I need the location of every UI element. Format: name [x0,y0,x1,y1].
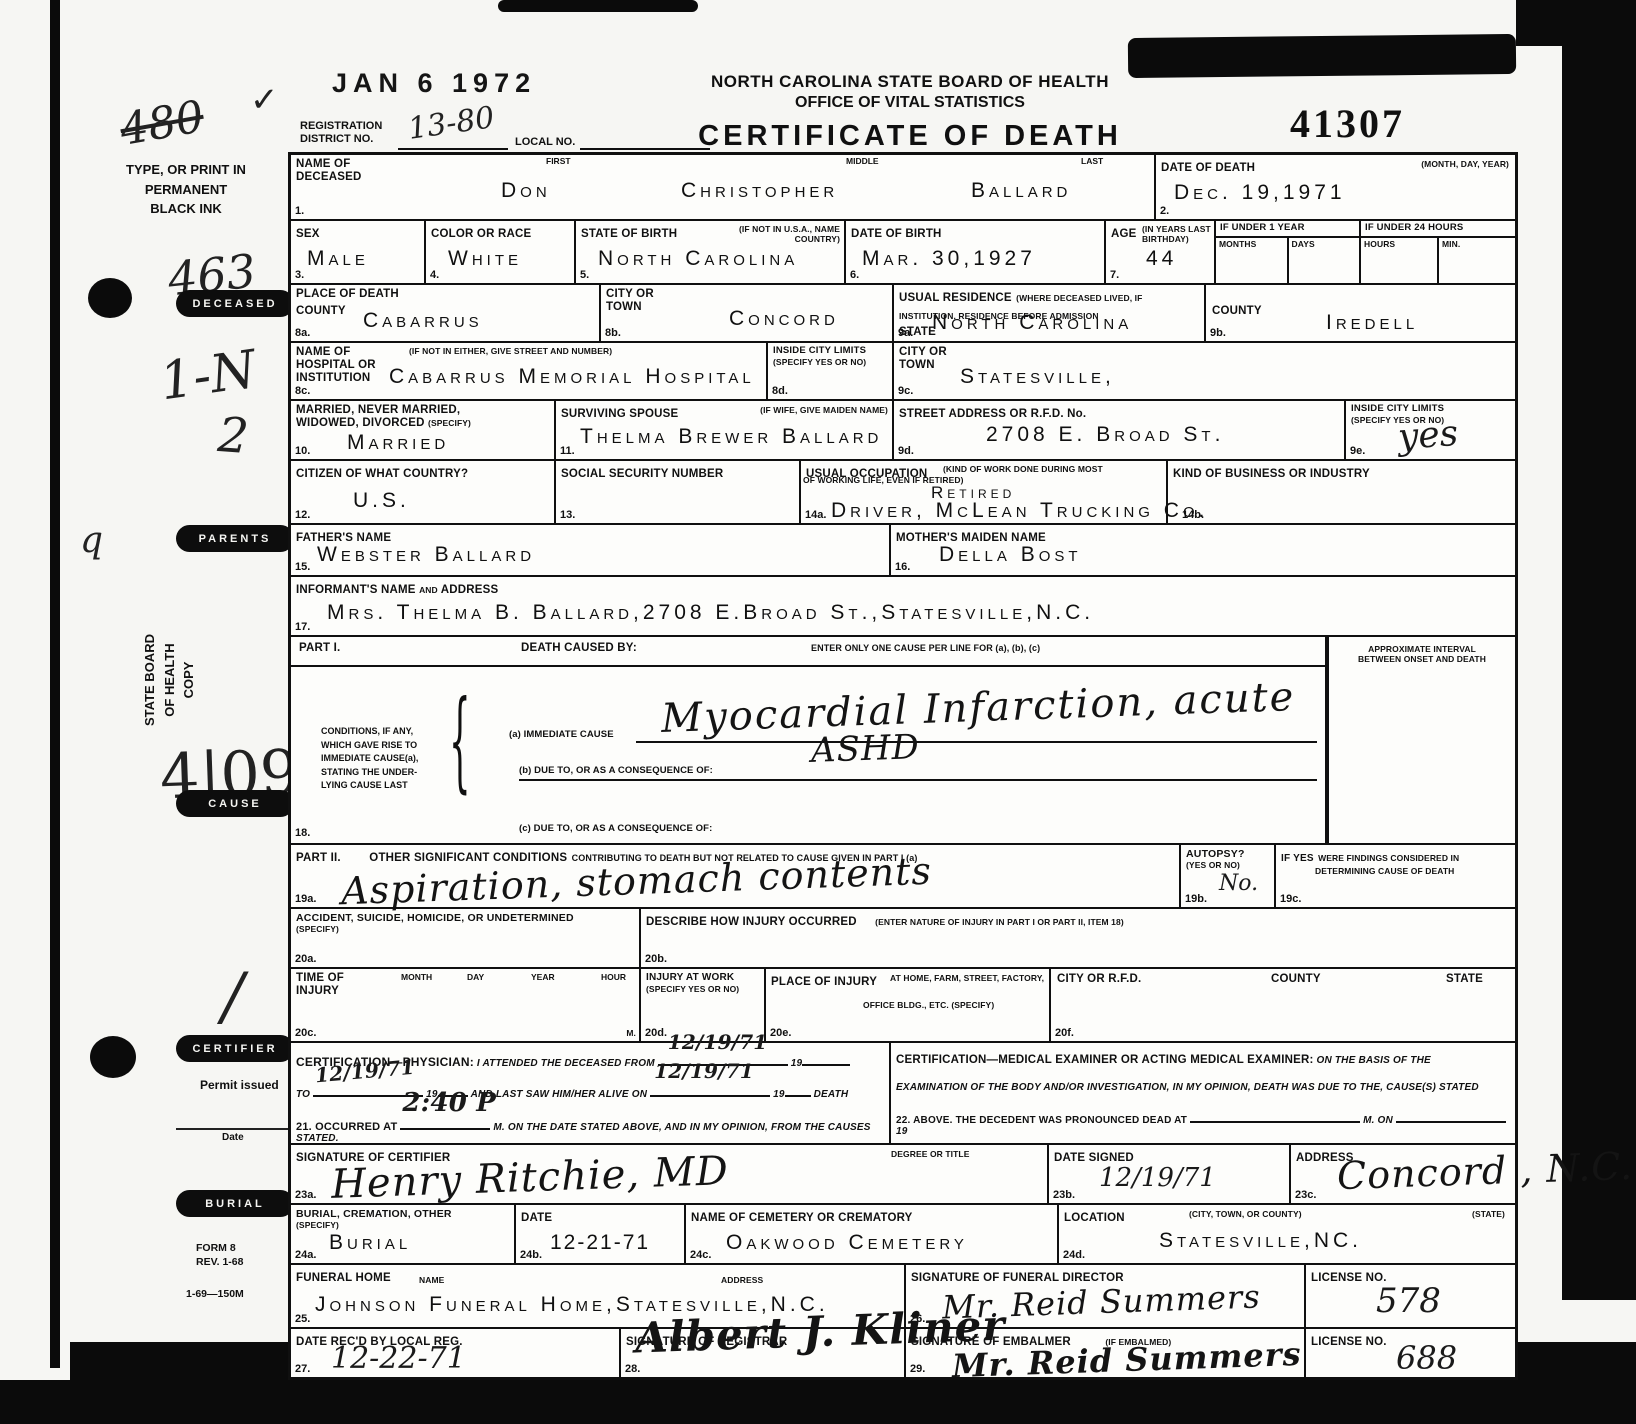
immediate-cause-label: (a) IMMEDIATE CAUSE [509,729,614,740]
age-value: 44 [1146,247,1177,271]
copy-line2: OF HEALTH [160,610,180,750]
cert-time-blank: 2:40 P [400,1116,490,1130]
copy-designation: STATE BOARD OF HEALTH COPY [140,610,280,750]
certifier-signature-number: 23a. [295,1189,316,1201]
inside-limits-9e-value: yes [1397,413,1460,458]
field-under-1yr: IF UNDER 1 YEAR MONTHS DAYS [1216,221,1361,283]
name-number: 1. [295,205,304,217]
injury-county-label: COUNTY [1271,973,1321,986]
cert-physician-line1: I ATTENDED THE DECEASED FROM [477,1058,655,1069]
margin-date-label: Date [222,1132,244,1143]
birth-state-label: STATE OF BIRTH [581,228,677,240]
under-1yr-label: IF UNDER 1 YEAR [1216,221,1359,238]
inside-limits-8d-sub: (SPECIFY YES OR NO) [773,357,887,367]
field-city-9c: CITY OR TOWN 9c. Statesville, [894,343,1515,399]
under-24h-hours: HOURS [1361,238,1439,283]
sex-number: 3. [295,269,304,281]
how-injury-number: 20b. [645,953,667,965]
cert-me-note: ON THE BASIS OF THE [1317,1055,1431,1066]
burial-location-number: 24d. [1063,1249,1085,1261]
field-ssn-13: SOCIAL SECURITY NUMBER 13. [556,461,801,523]
burial-number: 24a. [295,1249,316,1261]
under-24h-hours-label: HOURS [1361,238,1437,250]
city-9c-value: Statesville, [960,365,1115,389]
form-ref: FORM 8 REV. 1-68 [196,1242,243,1269]
cert-19-1: 19 [791,1058,803,1069]
field-race: COLOR OR RACE 4. White [426,221,576,283]
left-edge-line [50,0,60,1368]
margin-instruction: TYPE, OR PRINT IN PERMANENT BLACK INK [96,160,276,219]
informant-label2: ADDRESS [441,584,499,596]
hospital-value: Cabarrus Memorial Hospital [389,365,755,389]
field-place-of-injury-20e: PLACE OF INJURY AT HOME, FARM, STREET, F… [766,969,1051,1041]
conditions-note: CONDITIONS, IF ANY, WHICH GAVE RISE TO I… [321,725,451,793]
hospital-number: 8c. [295,385,310,397]
margin-hw-480: 480 [116,91,208,156]
field-sex: SEX 3. Male [291,221,426,283]
cemetery-value: Oakwood Cemetery [726,1231,968,1255]
burial-location-sub: (CITY, TOWN, OR COUNTY) [1189,1209,1302,1219]
cert-me-line2: EXAMINATION OF THE BODY AND/OR INVESTIGA… [896,1082,1510,1093]
cert-me-mon: M. ON [1363,1115,1393,1126]
findings-label: IF YES [1281,853,1314,864]
name-col-first: FIRST [546,156,571,166]
margin-hw-1: / [222,960,244,1034]
inside-limits-9e-label: INSIDE CITY LIMITS [1351,404,1510,415]
margin-date-line [176,1128,294,1130]
field-cemetery-24c: NAME OF CEMETERY OR CREMATORY 24c. Oakwo… [686,1205,1059,1263]
due-c-label: (c) DUE TO, OR AS A CONSEQUENCE OF: [519,823,712,834]
usual-residence-label: USUAL RESIDENCE [899,292,1012,304]
cert-to-label: TO [296,1089,310,1100]
time-injury-label2: INJURY [296,985,634,998]
autopsy-value: No. [1219,871,1258,896]
how-injury-sub: (ENTER NATURE OF INJURY IN PART I OR PAR… [875,917,1124,927]
accident-label: ACCIDENT, SUICIDE, HOMICIDE, OR UNDETERM… [296,912,634,924]
field-findings-19c: IF YES WERE FINDINGS CONSIDERED IN DETER… [1276,845,1515,907]
registration-label-line2: DISTRICT NO. [300,133,382,146]
license-29-value: 688 [1396,1339,1457,1377]
form-ref-line1: FORM 8 [196,1242,243,1256]
findings-number: 19c. [1280,893,1301,905]
tab-burial: BURIAL [176,1190,294,1217]
time-injury-m-suffix: M. [626,1028,636,1038]
conditions-brace: { [449,679,471,807]
funeral-home-label: FUNERAL HOME [296,1272,391,1284]
ssn-label: SOCIAL SECURITY NUMBER [561,468,723,480]
interval-label1: APPROXIMATE INTERVAL [1334,644,1510,654]
place-injury-sub2: OFFICE BLDG., ETC. (SPECIFY) [863,1000,1044,1010]
tab-cause: CAUSE [176,790,294,817]
part1-interval-column: APPROXIMATE INTERVAL BETWEEN ONSET AND D… [1327,637,1515,843]
field-age: AGE (IN YEARS LAST BIRTHDAY) 7. 44 [1106,221,1216,283]
date-signed-number: 23b. [1053,1189,1075,1201]
death-certificate-scan: JAN 6 1972 ✓ REGISTRATION DISTRICT NO. 1… [0,0,1636,1424]
conditions-line5: LYING CAUSE LAST [321,779,451,793]
field-street-9d: STREET ADDRESS OR R.F.D. No. 9d. 2708 E.… [894,401,1346,459]
conditions-line3: IMMEDIATE CAUSE(a), [321,752,451,766]
field-industry-14b: KIND OF BUSINESS OR INDUSTRY 14b. [1166,461,1515,523]
informant-sub: AND [419,585,438,595]
autopsy-sub: (YES OR NO) [1186,860,1269,870]
time-injury-label1: TIME OF [296,972,634,985]
spouse-sub: (IF WIFE, GIVE MAIDEN NAME) [760,405,888,415]
cert-time-value: 2:40 P [402,1088,496,1118]
date-of-birth-label: DATE OF BIRTH [851,228,942,240]
state-9a-value: North Carolina [932,311,1132,335]
under-24h-min-label: MIN. [1439,238,1515,250]
burial-label: BURIAL, CREMATION, OTHER [296,1208,509,1220]
field-registrar-signature-28: SIGNATURE OF REGISTRAR 28. Albert J. Kli… [621,1329,906,1377]
field-mother-16: MOTHER'S MAIDEN NAME 16. Della Bost [891,525,1515,575]
under-1yr-days-label: DAYS [1289,238,1360,250]
under-24h-min: MIN. [1439,238,1515,283]
burial-sub: (SPECIFY) [296,1220,509,1230]
injury-at-work-sub: (SPECIFY YES OR NO) [646,984,759,994]
copy-line3: COPY [179,610,199,750]
occupation-sub: (KIND OF WORK DONE DURING MOST [943,464,1103,474]
inside-limits-8d-label: INSIDE CITY LIMITS [773,346,887,357]
part2-other-conditions: PART II. OTHER SIGNIFICANT CONDITIONS CO… [291,845,1181,907]
cert-lastsaw-label: AND LAST SAW HIM/HER ALIVE ON [471,1089,648,1100]
under-24h-label: IF UNDER 24 HOURS [1361,221,1515,238]
cert-19-blank1 [802,1052,850,1066]
age-number: 7. [1110,269,1119,281]
field-state-9a: USUAL RESIDENCE (WHERE DECEASED LIVED, I… [894,285,1206,341]
injury-at-work-number: 20d. [645,1027,667,1039]
informant-number: 17. [295,621,310,633]
birth-state-number: 5. [580,269,589,281]
part2-label: PART II. [296,852,341,864]
field-certifier-address-23c: ADDRESS 23c. Concord , N.C. [1291,1145,1515,1203]
margin-hw-q: q [80,520,103,561]
conditions-line1: CONDITIONS, IF ANY, [321,725,451,739]
cert-me-19: 19 [896,1126,908,1137]
spouse-value: Thelma Brewer Ballard [580,425,882,449]
funeral-home-sub-address: ADDRESS [721,1275,763,1285]
county-9b-label: COUNTY [1212,305,1262,318]
funeral-home-sub-name: NAME [419,1275,444,1285]
field-date-recd-27: DATE REC'D BY LOCAL REG. 27. 12-22-71 [291,1329,621,1377]
field-how-injury-20b: DESCRIBE HOW INJURY OCCURRED (ENTER NATU… [641,909,1515,967]
burial-location-value: Statesville,NC. [1159,1229,1362,1253]
race-label: COLOR OR RACE [431,228,531,240]
top-right-blob [1128,34,1516,78]
injury-at-work-label: INJURY AT WORK [646,972,759,984]
registration-district-label: REGISTRATION DISTRICT NO. [300,120,382,146]
burial-location-sub2: (STATE) [1472,1209,1505,1219]
cert-from-value: 12/19/71 [668,1030,768,1054]
part1-label: PART I. [299,642,340,655]
conditions-line2: WHICH GAVE RISE TO [321,739,451,753]
city-8b-value: Concord [729,307,839,331]
copy-line1: STATE BOARD [140,610,160,750]
injury-state-label: STATE [1446,973,1483,986]
header-office: OFFICE OF VITAL STATISTICS [700,94,1120,112]
certifier-address-number: 23c. [1295,1189,1316,1201]
field-under-24h: IF UNDER 24 HOURS HOURS MIN. [1361,221,1515,283]
funeral-director-label: SIGNATURE OF FUNERAL DIRECTOR [911,1272,1124,1284]
instruction-line1: TYPE, OR PRINT IN [96,160,276,180]
field-inside-limits-8d: INSIDE CITY LIMITS (SPECIFY YES OR NO) 8… [766,343,894,399]
field-citizen-12: CITIZEN OF WHAT COUNTRY? 12. U.S. [291,461,556,523]
state-9a-number: 9a. [898,327,913,339]
father-number: 15. [295,561,310,573]
name-middle-value: Christopher [681,179,838,203]
city-9c-number: 9c. [898,385,913,397]
certificate-number: 41307 [1290,100,1405,147]
immediate-cause-value: Myocardial Infarction, acute [660,674,1296,742]
registrar-signature-number: 28. [625,1363,640,1375]
place-injury-sub: AT HOME, FARM, STREET, FACTORY, [890,973,1044,983]
name-label: NAME OF [296,158,1149,171]
date-of-birth-number: 6. [850,269,859,281]
mother-number: 16. [895,561,910,573]
age-label: AGE [1111,228,1137,240]
date-of-death-value: Dec. 19,1971 [1174,181,1346,205]
field-date-signed-23b: DATE SIGNED 23b. 12/19/71 [1049,1145,1291,1203]
certificate-title: CERTIFICATE OF DEATH [680,120,1140,153]
place-injury-number: 20e. [770,1027,791,1039]
field-hospital-8c: NAME OF (IF NOT IN EITHER, GIVE STREET A… [291,343,766,399]
sex-value: Male [307,247,369,271]
spouse-label: SURVIVING SPOUSE [561,408,678,420]
immediate-cause-line [636,741,1317,743]
instruction-line3: BLACK INK [96,199,276,219]
registration-label-line1: REGISTRATION [300,120,382,133]
field-injury-city-20f: CITY OR R.F.D. COUNTY STATE 20f. [1051,969,1515,1041]
date-signed-value: 12/19/71 [1099,1163,1216,1193]
permit-issued-label: Permit issued [200,1078,279,1092]
margin-hw-2: 2 [216,407,250,465]
race-value: White [448,247,522,271]
field-accident-20a: ACCIDENT, SUICIDE, HOMICIDE, OR UNDETERM… [291,909,641,967]
hole-punch-bottom [90,1036,136,1078]
top-center-smudge [498,0,698,12]
citizen-number: 12. [295,509,310,521]
sex-label: SEX [296,228,320,240]
field-burial-date-24b: DATE 24b. 12-21-71 [516,1205,686,1263]
field-name-of-deceased: NAME OF DECEASED 1. FIRST MIDDLE LAST Do… [291,155,1156,219]
field-time-of-injury-20c: TIME OF INJURY MONTH DAY YEAR HOUR 20c. … [291,969,641,1041]
county-9b-value: Iredell [1326,311,1418,335]
marital-number: 10. [295,445,310,457]
due-b-line [519,779,1317,781]
field-autopsy-19b: AUTOPSY? (YES OR NO) 19b. No. [1181,845,1276,907]
industry-label: KIND OF BUSINESS OR INDUSTRY [1173,468,1370,480]
cert-me-time-blank [1190,1109,1360,1123]
injury-city-label: CITY OR R.F.D. [1057,973,1141,986]
name-last-value: Ballard [971,179,1071,203]
conditions-line4: STATING THE UNDER- [321,766,451,780]
part2-number: 19a. [295,893,316,905]
name-col-last: LAST [1081,156,1103,166]
under-1yr-months-label: MONTHS [1216,238,1287,250]
date-recd-value: 12-22-71 [331,1341,466,1376]
cert-lastsaw-value: 12/19/71 [654,1059,754,1083]
stamp-received-date: JAN 6 1972 [332,68,536,99]
spouse-number: 11. [560,445,575,457]
field-inside-limits-9e: INSIDE CITY LIMITS (SPECIFY YES OR NO) 9… [1346,401,1515,459]
due-b-label: (b) DUE TO, OR AS A CONSEQUENCE OF: [519,765,713,776]
due-b-value: ASHD [810,727,920,771]
part1-note: ENTER ONLY ONE CAUSE PER LINE FOR (a), (… [811,643,1040,653]
date-of-death-sub: (MONTH, DAY, YEAR) [1421,159,1509,169]
time-col-day: DAY [467,972,484,982]
hospital-sub: (IF NOT IN EITHER, GIVE STREET AND NUMBE… [409,346,612,356]
ssn-number: 13. [560,509,575,521]
top-right-corner-smudge [1516,0,1636,46]
father-value: Webster Ballard [317,543,535,567]
county-8a-label: COUNTY [296,305,346,317]
mother-value: Della Bost [939,543,1082,567]
autopsy-number: 19b. [1185,893,1207,905]
form-ref-print-run: 1-69—150M [186,1288,244,1300]
cert-lastsaw-blank: 12/19/71 [650,1083,770,1097]
findings-sub2: DETERMINING CAUSE OF DEATH [1315,866,1510,876]
how-injury-label: DESCRIBE HOW INJURY OCCURRED [646,916,857,928]
city-8b-number: 8b. [605,327,621,339]
name-col-middle: MIDDLE [846,156,879,166]
cemetery-number: 24c. [690,1249,711,1261]
tab-parents: PARENTS [176,525,294,552]
field-county-8a: PLACE OF DEATH COUNTY 8a. Cabarrus [291,285,601,341]
cemetery-label: NAME OF CEMETERY OR CREMATORY [691,1212,913,1224]
cert-me-date-blank [1396,1109,1506,1123]
field-license-26: LICENSE NO. 578 [1306,1265,1515,1327]
tab-certifier: CERTIFIER [176,1035,294,1062]
inside-limits-8d-number: 8d. [772,385,788,397]
field-date-of-death: DATE OF DEATH (MONTH, DAY, YEAR) 2. Dec.… [1156,155,1515,219]
part1-title: DEATH CAUSED BY: [521,642,637,655]
race-number: 4. [430,269,439,281]
field-city-8b: CITY OR TOWN 8b. Concord [601,285,894,341]
city-8b-label: CITY OR [606,288,887,301]
field-marital-10: MARRIED, NEVER MARRIED, WIDOWED, DIVORCE… [291,401,556,459]
street-value: 2708 E. Broad St. [986,423,1224,447]
certificate-form: NAME OF DECEASED 1. FIRST MIDDLE LAST Do… [288,152,1518,1380]
margin-hw-1n: 1-N [156,340,260,413]
autopsy-label: AUTOPSY? [1186,848,1269,860]
field-informant-17: INFORMANT'S NAME AND ADDRESS 17. Mrs. Th… [291,577,1515,635]
degree-or-title-label: DEGREE OR TITLE [891,1149,969,1159]
date-recd-number: 27. [295,1363,310,1375]
field-date-of-birth: DATE OF BIRTH 6. Mar. 30,1927 [846,221,1106,283]
marital-label2: WIDOWED, DIVORCED [296,417,425,429]
time-col-hour: HOUR [601,972,626,982]
part1-cause-of-death: PART I. DEATH CAUSED BY: ENTER ONLY ONE … [291,637,1327,843]
field-occupation-14a: USUAL OCCUPATION (KIND OF WORK DONE DURI… [801,461,1166,523]
funeral-home-number: 25. [295,1313,310,1325]
accident-sub: (SPECIFY) [296,924,634,934]
embalmer-signature-number: 29. [910,1363,925,1375]
field-birth-state: STATE OF BIRTH (IF NOT IN U.S.A., NAME C… [576,221,846,283]
citizen-label: CITIZEN OF WHAT COUNTRY? [296,468,468,480]
bottom-left-smear [0,1380,80,1424]
under-1yr-days: DAYS [1289,238,1360,283]
right-dark-band [1562,44,1636,1300]
birth-state-sub: (IF NOT IN U.S.A., NAME COUNTRY) [730,224,840,244]
cert-19-blank3 [785,1083,811,1097]
field-spouse-11: SURVIVING SPOUSE (IF WIFE, GIVE MAIDEN N… [556,401,894,459]
certification-medical-examiner: CERTIFICATION—MEDICAL EXAMINER OR ACTING… [891,1043,1515,1143]
cert-death-word: DEATH [814,1089,849,1100]
date-of-death-label: DATE OF DEATH [1161,162,1255,174]
inside-limits-9e-number: 9e. [1350,445,1365,457]
county-8a-number: 8a. [295,327,310,339]
cert-me-title: CERTIFICATION—MEDICAL EXAMINER OR ACTING… [896,1054,1314,1066]
time-col-year: YEAR [531,972,555,982]
field-county-9b: COUNTY 9b. Iredell [1206,285,1515,341]
registration-blank [398,136,508,150]
burial-value: Burial [329,1231,411,1255]
form-ref-line2: REV. 1-68 [196,1256,243,1270]
age-sub: (IN YEARS LAST BIRTHDAY) [1142,224,1212,244]
cert-me-line3: 22. ABOVE. THE DECEDENT WAS PRONOUNCED D… [896,1115,1187,1126]
city-9c-label: CITY OR [899,346,1510,359]
certification-physician: CERTIFICATION—PHYSICIAN: I ATTENDED THE … [291,1043,891,1143]
accident-number: 20a. [295,953,316,965]
field-license-29: LICENSE NO. 688 [1306,1329,1515,1377]
field-father-15: FATHER'S NAME 15. Webster Ballard [291,525,891,575]
marital-value: Married [347,431,449,455]
occupation-value: Driver, McLean Trucking Co. [831,499,1208,523]
under-1yr-months: MONTHS [1216,238,1289,283]
county-9b-number: 9b. [1210,327,1226,339]
header-checkmark: ✓ [250,80,279,120]
informant-value: Mrs. Thelma B. Ballard,2708 E.Broad St.,… [327,601,1094,625]
license-29-label: LICENSE NO. [1311,1336,1387,1348]
burial-date-label: DATE [521,1212,552,1224]
informant-label: INFORMANT'S NAME [296,584,416,596]
street-label: STREET ADDRESS OR R.F.D. No. [899,408,1086,420]
marital-sub: (SPECIFY) [428,418,471,428]
local-no-label: LOCAL NO. [515,136,575,148]
marital-label1: MARRIED, NEVER MARRIED, [296,404,549,417]
field-burial-24a: BURIAL, CREMATION, OTHER (SPECIFY) 24a. … [291,1205,516,1263]
field-burial-location-24d: LOCATION (CITY, TOWN, OR COUNTY) (STATE)… [1059,1205,1515,1263]
burial-date-number: 24b. [520,1249,542,1261]
instruction-line2: PERMANENT [96,180,276,200]
place-injury-label: PLACE OF INJURY [771,976,877,988]
occupation-number: 14a. [805,509,826,521]
tab-deceased: DECEASED [176,290,294,317]
burial-date-value: 12-21-71 [550,1231,650,1255]
header-board: NORTH CAROLINA STATE BOARD OF HEALTH [700,72,1120,92]
injury-city-number: 20f. [1055,1027,1074,1039]
field-certifier-signature-23a: SIGNATURE OF CERTIFIER DEGREE OR TITLE 2… [291,1145,1049,1203]
cert-19-3: 19 [773,1089,785,1100]
county-8a-value: Cabarrus [363,309,483,333]
date-of-death-number: 2. [1160,205,1169,217]
part1-number: 18. [295,827,310,839]
burial-location-label: LOCATION [1064,1212,1125,1224]
time-injury-number: 20c. [295,1027,316,1039]
interval-label2: BETWEEN ONSET AND DEATH [1334,654,1510,664]
hole-punch-top [88,278,132,318]
street-number: 9d. [898,445,914,457]
birth-state-value: North Carolina [598,247,798,271]
name-first-value: Don [501,179,551,203]
citizen-value: U.S. [353,489,410,513]
cert-occurred-label: 21. OCCURRED AT [296,1121,397,1133]
findings-sub: WERE FINDINGS CONSIDERED IN [1318,853,1459,863]
time-col-month: MONTH [401,972,432,982]
license-26-value: 578 [1376,1281,1441,1321]
place-of-death-label: PLACE OF DEATH [296,288,594,301]
date-of-birth-value: Mar. 30,1927 [862,247,1036,271]
